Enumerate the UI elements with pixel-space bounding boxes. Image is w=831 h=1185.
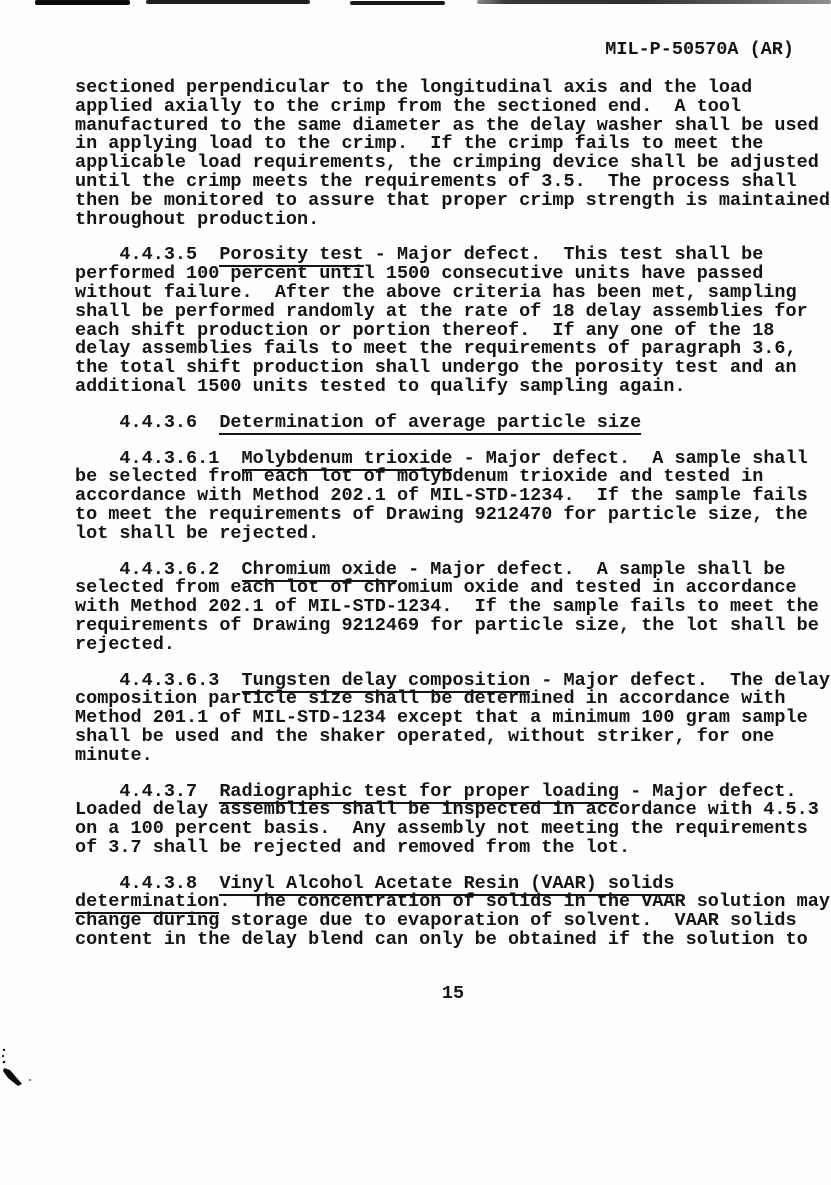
text-line: shall be used and the shaker operated, w… xyxy=(75,728,831,747)
text-line: minute. xyxy=(75,747,831,766)
text-line: throughout production. xyxy=(75,211,831,230)
paragraph: 4.4.3.8 Vinyl Alcohol Acetate Resin (VAA… xyxy=(75,875,831,950)
paragraph: 4.4.3.6.2 Chromium oxide - Major defect.… xyxy=(75,561,831,655)
text-line: requirements of Drawing 9212469 for part… xyxy=(75,617,831,636)
page-number: 15 xyxy=(75,985,831,1004)
scan-artifact-streak xyxy=(477,0,831,4)
text-line: additional 1500 units tested to qualify … xyxy=(75,378,831,397)
text-line: rejected. xyxy=(75,636,831,655)
scan-artifact-streak xyxy=(35,0,130,5)
text-line: lot shall be rejected. xyxy=(75,525,831,544)
scan-artifact-streak xyxy=(350,1,445,5)
paragraph: 4.4.3.5 Porosity test - Major defect. Th… xyxy=(75,246,831,396)
scanned-document-page: MIL-P-50570A (AR) sectioned perpendicula… xyxy=(0,0,831,1185)
paragraph: 4.4.3.7 Radiographic test for proper loa… xyxy=(75,783,831,858)
paragraph: sectioned perpendicular to the longitudi… xyxy=(75,79,831,229)
paragraph: 4.4.3.6 Determination of average particl… xyxy=(75,414,831,433)
paragraph: 4.4.3.6.1 Molybdenum trioxide - Major de… xyxy=(75,450,831,544)
text-line: 4.4.3.6 Determination of average particl… xyxy=(75,414,831,433)
document-id-header: MIL-P-50570A (AR) xyxy=(605,40,794,59)
document-body: sectioned perpendicular to the longitudi… xyxy=(75,79,831,1004)
text-line: content in the delay blend can only be o… xyxy=(75,931,831,950)
ink-mark xyxy=(0,1042,34,1103)
scan-artifact-streak xyxy=(146,0,310,4)
paragraph: 4.4.3.6.3 Tungsten delay composition - M… xyxy=(75,672,831,766)
text-line: of 3.7 shall be rejected and removed fro… xyxy=(75,839,831,858)
